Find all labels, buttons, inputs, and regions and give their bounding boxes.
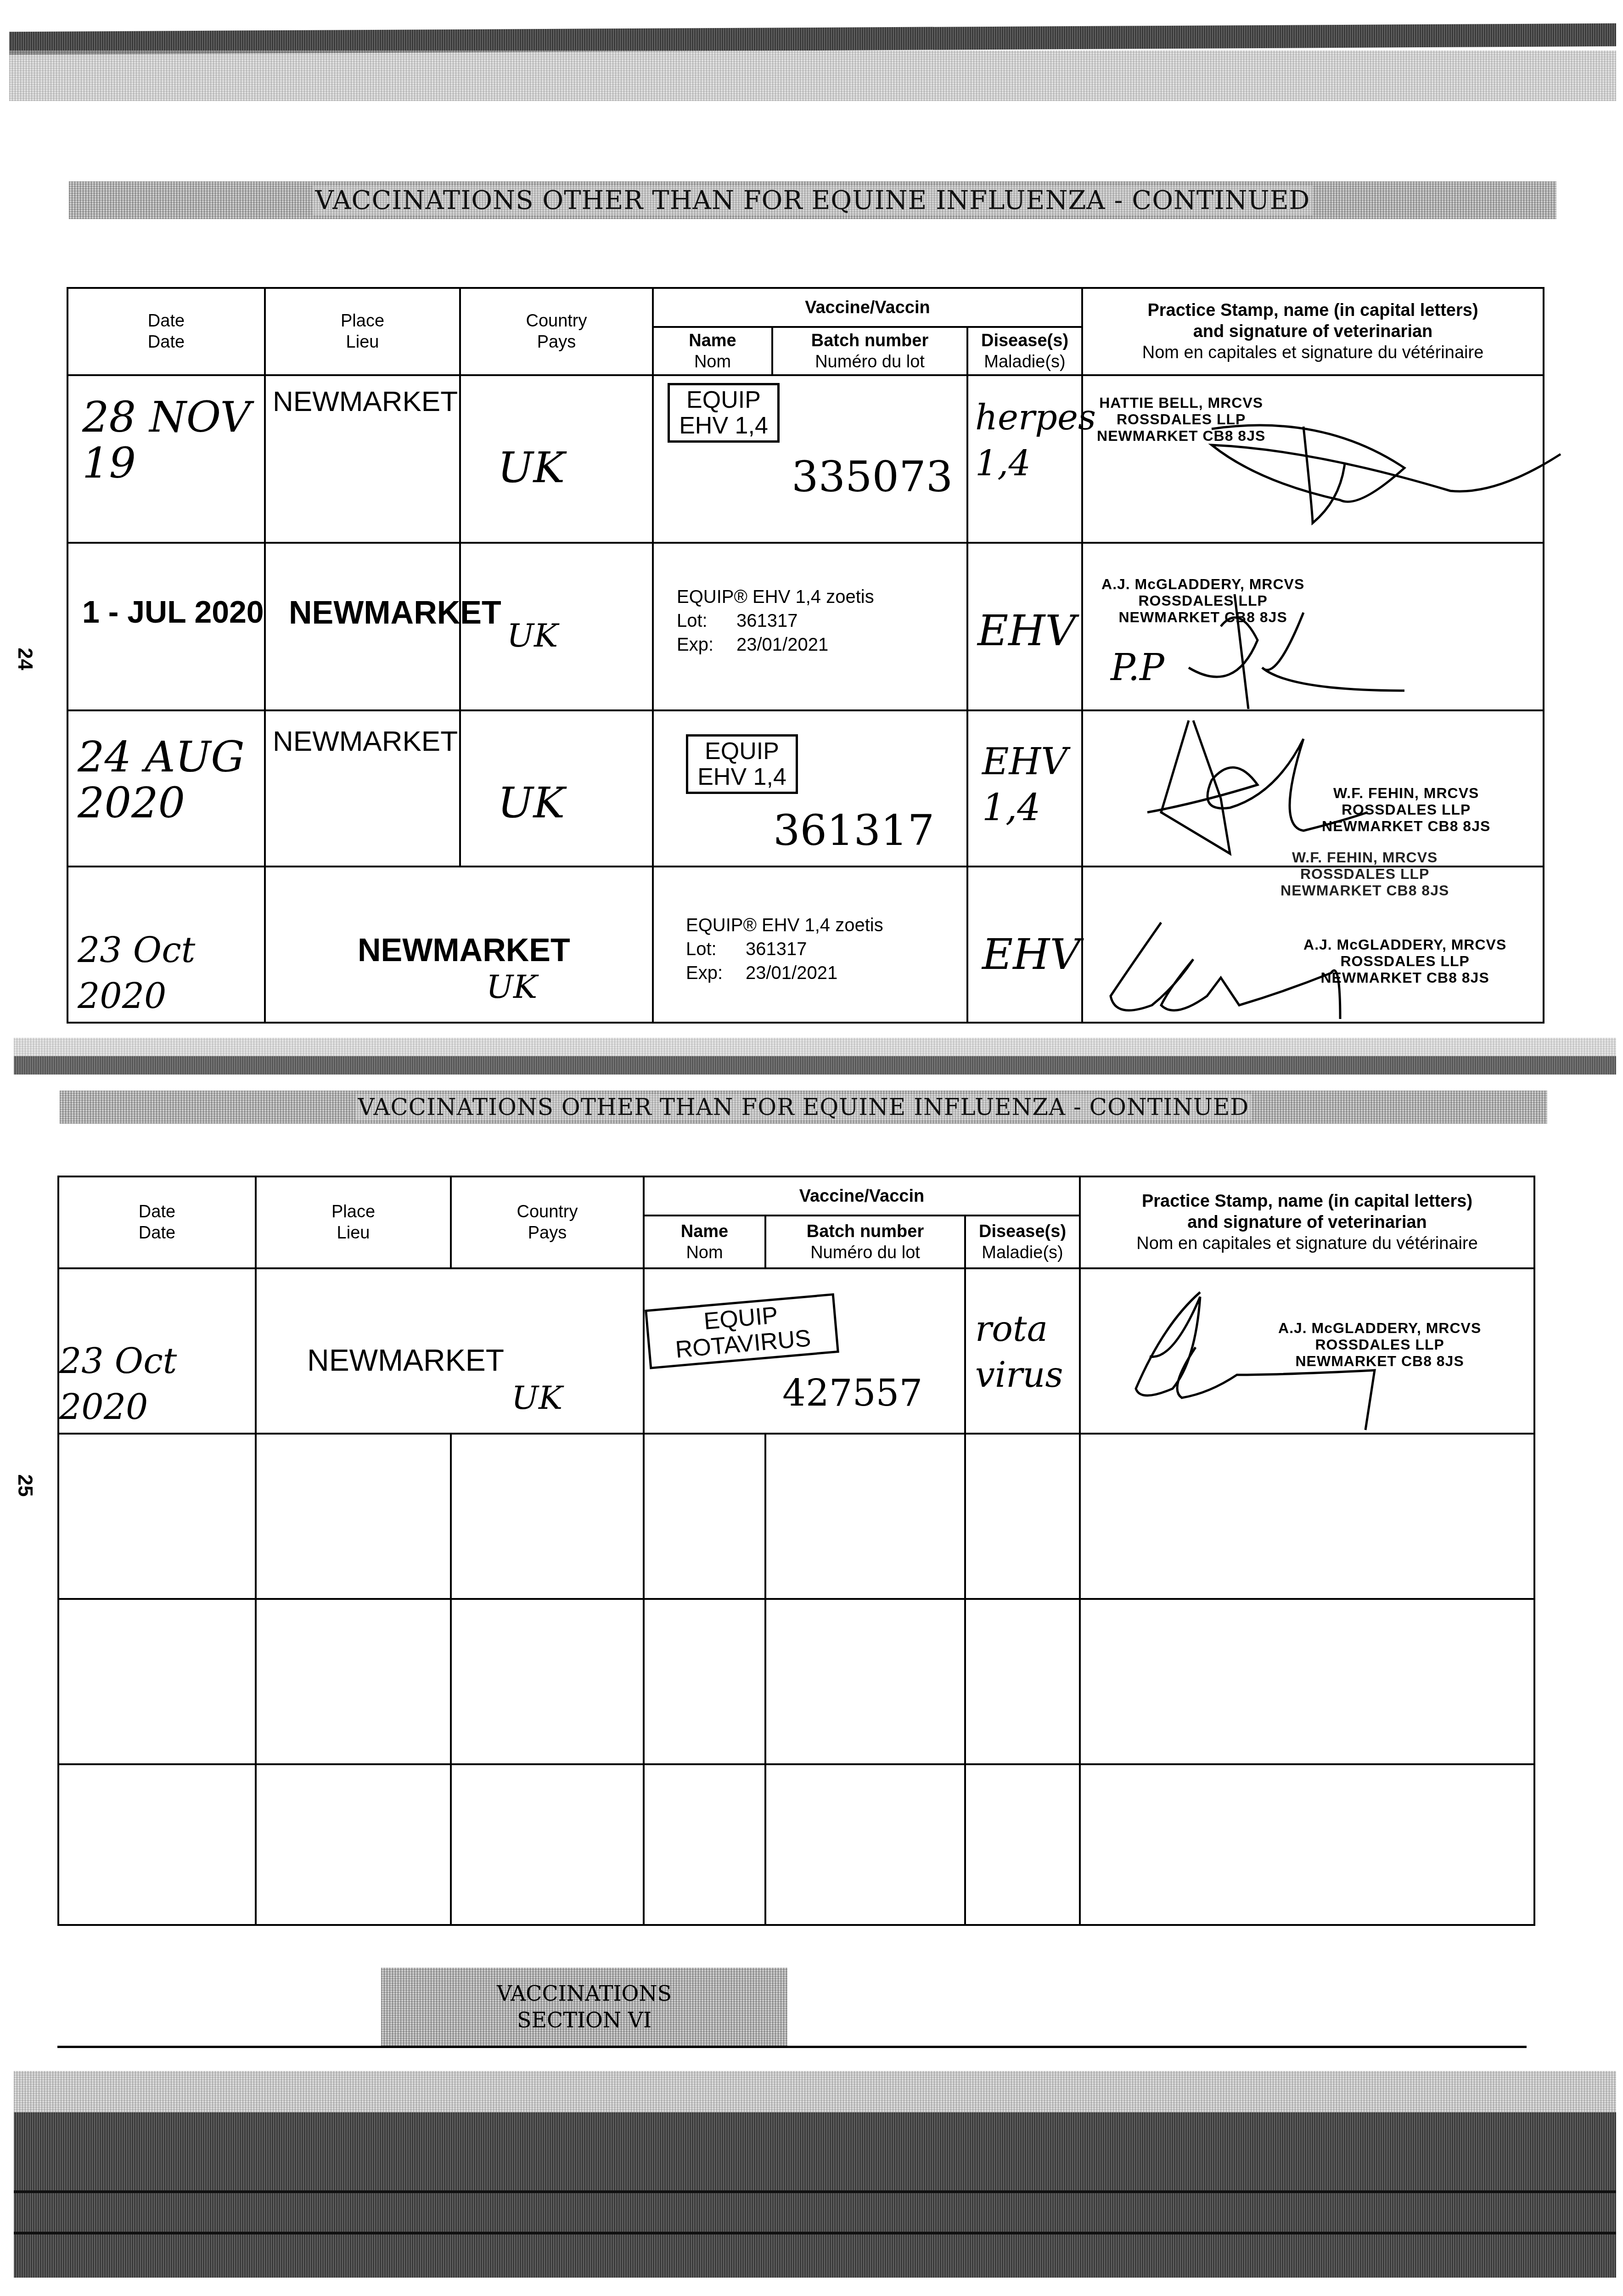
vaccination-table-1: DateDate PlaceLieu CountryPays Vaccine/V… [67, 287, 1544, 1024]
vaccination-table-2: DateDate PlaceLieu CountryPays Vaccine/V… [57, 1176, 1535, 1926]
cell-vaccine-name[interactable] [644, 1764, 765, 1925]
table-row-empty [58, 1599, 1534, 1764]
header-date: DateDate [58, 1176, 256, 1268]
divider-line [57, 2046, 1527, 2048]
signature-icon [1083, 376, 1565, 541]
header-place: PlaceLieu [256, 1176, 451, 1268]
cell-practice-stamp: HATTIE BELL, MRCVSROSSDALES LLPNEWMARKET… [1082, 375, 1544, 543]
header-batch: Batch numberNuméro du lot [765, 1216, 965, 1268]
header-vaccine: Vaccine/Vaccin [653, 288, 1082, 327]
place-text: NEWMARKET [307, 1343, 504, 1378]
section-banner-2: VACCINATIONS OTHER THAN FOR EQUINE INFLU… [60, 1091, 1547, 1124]
cell-country[interactable]: UK [460, 543, 653, 710]
cell-country[interactable] [451, 1764, 644, 1925]
header-country: CountryPays [460, 288, 653, 375]
cell-vaccine-batch[interactable]: EQUIP EHV 1,4 335073 [653, 375, 967, 543]
signature-icon [1083, 544, 1542, 709]
cell-date[interactable]: 28 NOV 19 [67, 375, 265, 543]
table-row: 23 Oct 2020 NEWMARKET UK EQUIP® EHV 1,4 … [67, 867, 1544, 1023]
cell-place[interactable]: NEWMARKET [265, 710, 460, 867]
scan-line [14, 2190, 1616, 2193]
cell-date[interactable] [58, 1599, 256, 1764]
page-number: 24 [13, 648, 36, 670]
scan-band-bottom-dark [14, 2112, 1616, 2278]
cell-date[interactable] [58, 1434, 256, 1599]
header-practice: Practice Stamp, name (in capital letters… [1080, 1176, 1534, 1268]
cell-practice-stamp[interactable] [1080, 1764, 1534, 1925]
signature-icon [1083, 867, 1542, 1021]
cell-date[interactable]: 24 AUG 2020 [67, 710, 265, 867]
cell-vaccine-batch[interactable]: EQUIP EHV 1,4 361317 [653, 710, 967, 867]
cell-disease[interactable]: EHV 1,4 [967, 710, 1082, 867]
cell-disease[interactable]: EHV [967, 543, 1082, 710]
cell-practice-stamp: A.J. McGLADDERY, MRCVSROSSDALES LLPNEWMA… [1080, 1268, 1534, 1434]
table-row-empty [58, 1434, 1534, 1599]
table-row: 1 - JUL 2020 NEWMARKET UK EQUIP® EHV 1,4… [67, 543, 1544, 710]
table-row: 23 Oct 2020 NEWMARKET UK EQUIP ROTAVIRUS… [58, 1268, 1534, 1434]
scan-edge-middle [14, 1056, 1616, 1075]
section-tab: VACCINATIONS SECTION VI [381, 1968, 787, 2046]
table-row: 28 NOV 19 NEWMARKET UK EQUIP EHV 1,4 335… [67, 375, 1544, 543]
country-text: UK [486, 964, 537, 1010]
cell-place[interactable]: NEWMARKET UK [265, 867, 653, 1023]
header-disease: Disease(s)Maladie(s) [967, 327, 1082, 375]
vaccine-name-stamp: EQUIP EHV 1,4 [686, 734, 798, 794]
signature-icon [1083, 711, 1542, 865]
header-date: DateDate [67, 288, 265, 375]
cell-date[interactable]: 23 Oct 2020 [58, 1268, 256, 1434]
scan-line [14, 2232, 1616, 2234]
cell-country[interactable]: UK [460, 375, 653, 543]
place-text: NEWMARKET [358, 932, 570, 968]
cell-practice-stamp[interactable] [1080, 1434, 1534, 1599]
cell-disease[interactable]: EHV [967, 867, 1082, 1023]
scan-band-bottom-light [14, 2071, 1616, 2112]
cell-place[interactable] [256, 1599, 451, 1764]
cell-date[interactable]: 23 Oct 2020 [67, 867, 265, 1023]
cell-disease[interactable]: rota virus [965, 1268, 1080, 1434]
cell-disease[interactable]: herpes 1,4 [967, 375, 1082, 543]
batch-number: 361317 [773, 808, 934, 854]
cell-place[interactable]: NEWMARKET UK [256, 1268, 644, 1434]
header-place: PlaceLieu [265, 288, 460, 375]
section-banner-text: VACCINATIONS OTHER THAN FOR EQUINE INFLU… [355, 1094, 1252, 1120]
signature-icon [1081, 1269, 1535, 1432]
cell-vaccine-batch[interactable]: EQUIP ROTAVIRUS 427557 [644, 1268, 965, 1434]
header-name: NameNom [653, 327, 772, 375]
country-text: UK [511, 1375, 562, 1421]
vaccine-name-stamp: EQUIP ROTAVIRUS [645, 1293, 839, 1369]
batch-number: 427557 [782, 1370, 922, 1416]
cell-country[interactable] [451, 1434, 644, 1599]
cell-country[interactable]: UK [460, 710, 653, 867]
cell-batch[interactable] [765, 1764, 965, 1925]
cell-disease[interactable] [965, 1599, 1080, 1764]
cell-vaccine-name[interactable] [644, 1599, 765, 1764]
cell-practice-stamp[interactable] [1080, 1599, 1534, 1764]
vaccine-name-stamp: EQUIP EHV 1,4 [668, 383, 780, 443]
cell-practice-stamp: W.F. FEHIN, MRCVSROSSDALES LLPNEWMARKET … [1082, 710, 1544, 867]
cell-vaccine-batch[interactable]: EQUIP® EHV 1,4 zoetis Lot:361317 Exp:23/… [653, 543, 967, 710]
section-tab-line2: SECTION VI [517, 2007, 651, 2033]
header-disease: Disease(s)Maladie(s) [965, 1216, 1080, 1268]
cell-vaccine-name[interactable] [644, 1434, 765, 1599]
table-row: 24 AUG 2020 NEWMARKET UK EQUIP EHV 1,4 3… [67, 710, 1544, 867]
section-tab-line1: VACCINATIONS [497, 1980, 672, 2007]
header-name: NameNom [644, 1216, 765, 1268]
cell-disease[interactable] [965, 1764, 1080, 1925]
cell-place[interactable] [256, 1434, 451, 1599]
scan-band-top [9, 51, 1616, 101]
section-banner-text: VACCINATIONS OTHER THAN FOR EQUINE INFLU… [313, 186, 1313, 215]
batch-number: 335073 [792, 454, 953, 500]
cell-place[interactable] [256, 1764, 451, 1925]
cell-date[interactable]: 1 - JUL 2020 [67, 543, 265, 710]
table-row-empty [58, 1764, 1534, 1925]
page-number: 25 [13, 1474, 36, 1497]
header-practice: Practice Stamp, name (in capital letters… [1082, 288, 1544, 375]
cell-date[interactable] [58, 1764, 256, 1925]
header-country: CountryPays [451, 1176, 644, 1268]
section-banner: VACCINATIONS OTHER THAN FOR EQUINE INFLU… [69, 181, 1556, 219]
cell-vaccine-batch[interactable]: EQUIP® EHV 1,4 zoetis Lot:361317 Exp:23/… [653, 867, 967, 1023]
scan-band-middle [14, 1038, 1616, 1056]
cell-country[interactable] [451, 1599, 644, 1764]
cell-practice-stamp: W.F. FEHIN, MRCVSROSSDALES LLPNEWMARKET … [1082, 867, 1544, 1023]
cell-batch[interactable] [765, 1434, 965, 1599]
header-vaccine: Vaccine/Vaccin [644, 1176, 1080, 1216]
header-batch: Batch numberNuméro du lot [772, 327, 967, 375]
scan-edge-top [9, 23, 1616, 55]
cell-disease[interactable] [965, 1434, 1080, 1599]
cell-practice-stamp: A.J. McGLADDERY, MRCVSROSSDALES LLPNEWMA… [1082, 543, 1544, 710]
cell-place[interactable]: NEWMARKET [265, 543, 460, 710]
cell-batch[interactable] [765, 1599, 965, 1764]
cell-place[interactable]: NEWMARKET [265, 375, 460, 543]
